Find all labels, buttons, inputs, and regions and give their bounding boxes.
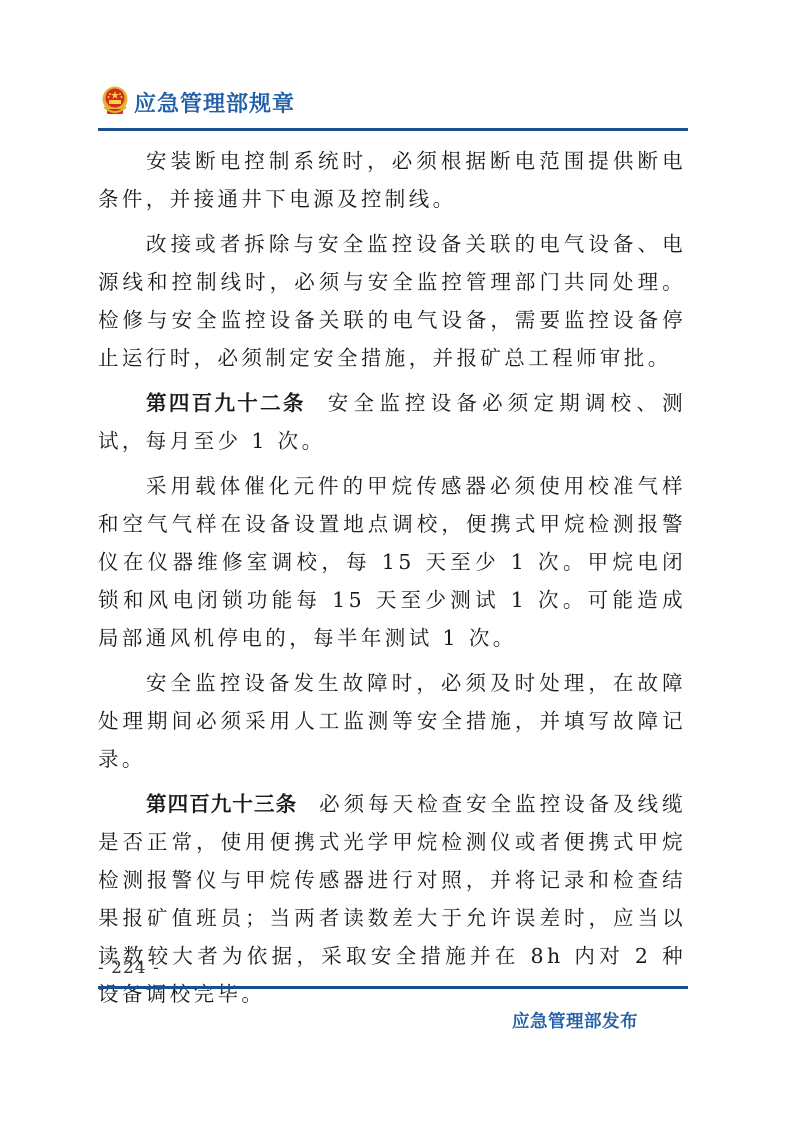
publisher-label: 应急管理部发布 [512, 1008, 638, 1033]
paragraph: 安全监控设备发生故障时，必须及时处理，在故障处理期间必须采用人工监测等安全措施，… [98, 664, 686, 778]
document-body: 安装断电控制系统时，必须根据断电范围提供断电条件，并接通井下电源及控制线。 改接… [98, 142, 686, 1020]
paragraph-text: 采用载体催化元件的甲烷传感器必须使用校准气样和空气气样在设备设置地点调校，便携式… [98, 474, 686, 650]
paragraph-text: 安全监控设备发生故障时，必须及时处理，在故障处理期间必须采用人工监测等安全措施，… [98, 671, 686, 771]
paragraph-text: 必须每天检查安全监控设备及线缆是否正常，使用便携式光学甲烷检测仪或者便携式甲烷检… [98, 792, 686, 1006]
article-paragraph: 第四百九十三条必须每天检查安全监控设备及线缆是否正常，使用便携式光学甲烷检测仪或… [98, 785, 686, 1013]
page-number: - 224 - [98, 958, 160, 978]
paragraph-text: 安装断电控制系统时，必须根据断电范围提供断电条件，并接通井下电源及控制线。 [98, 149, 686, 211]
page-header: 应急管理部规章 [100, 82, 295, 122]
footer-rule [98, 986, 688, 989]
paragraph-text: 改接或者拆除与安全监控设备关联的电气设备、电源线和控制线时，必须与安全监控管理部… [98, 232, 686, 370]
article-paragraph: 第四百九十二条安全监控设备必须定期调校、测试，每月至少 1 次。 [98, 384, 686, 460]
paragraph: 改接或者拆除与安全监控设备关联的电气设备、电源线和控制线时，必须与安全监控管理部… [98, 225, 686, 377]
header-rule [98, 128, 688, 131]
national-emblem-icon [100, 85, 130, 119]
article-number: 第四百九十三条 [146, 792, 297, 816]
paragraph: 采用载体催化元件的甲烷传感器必须使用校准气样和空气气样在设备设置地点调校，便携式… [98, 467, 686, 657]
paragraph: 安装断电控制系统时，必须根据断电范围提供断电条件，并接通井下电源及控制线。 [98, 142, 686, 218]
article-number: 第四百九十二条 [146, 391, 306, 415]
header-title: 应急管理部规章 [134, 87, 295, 118]
